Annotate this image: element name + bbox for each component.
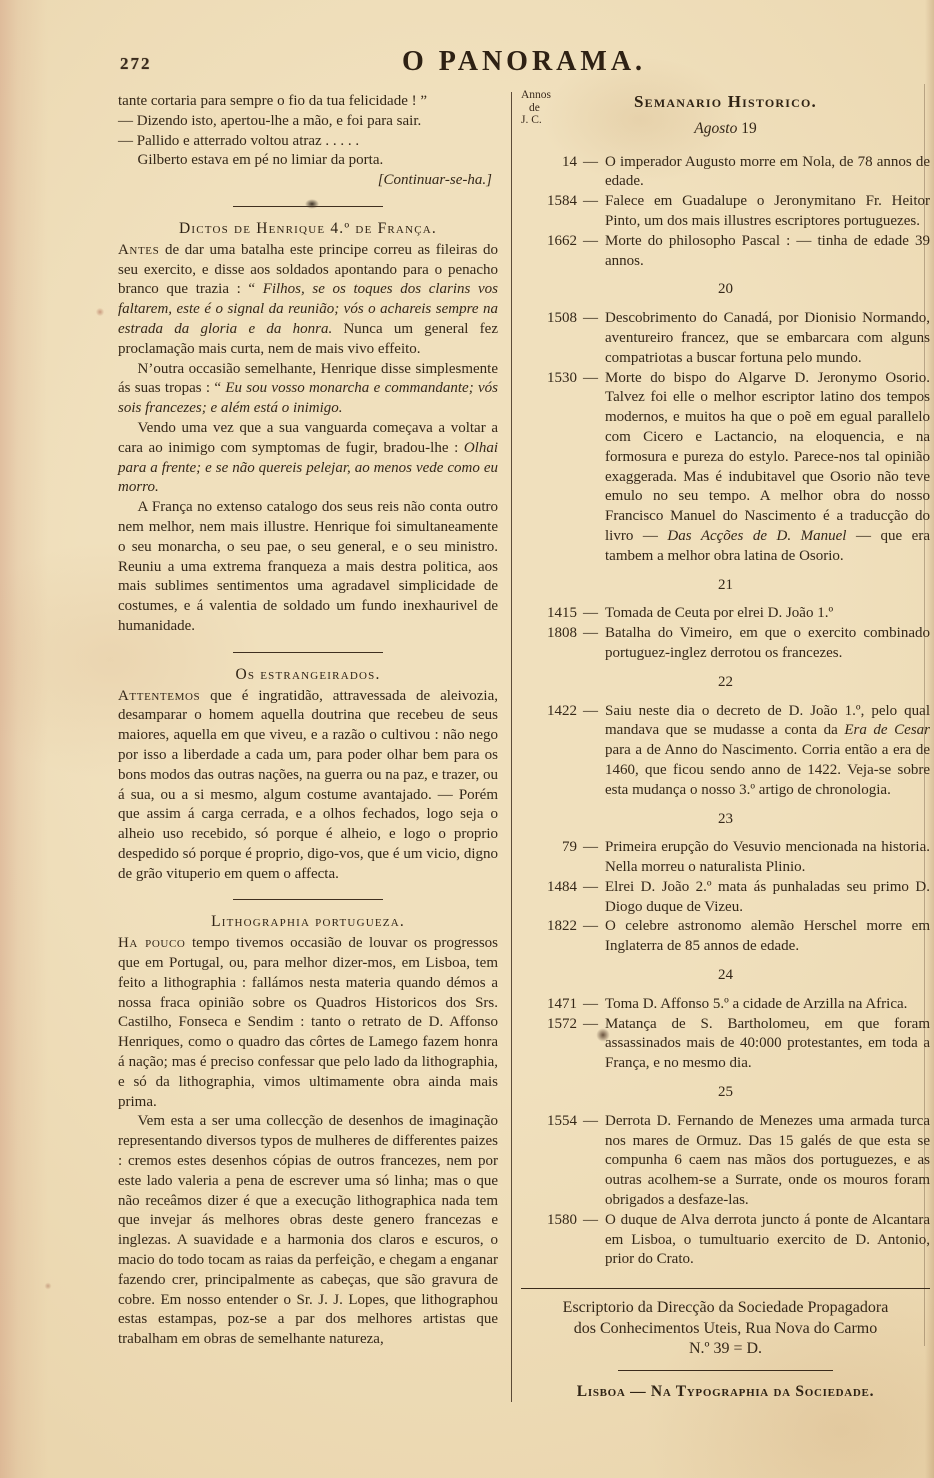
text-line: tante cortaria para sempre o fio da tua … bbox=[118, 92, 498, 112]
entry-text: Morte do philosopho Pascal : — tinha de … bbox=[605, 232, 930, 272]
text-run: para a de Anno do Nascimento. Corria ent… bbox=[605, 742, 930, 798]
semanario-title: Semanario Historico. bbox=[521, 92, 930, 112]
entry-year: 1554 bbox=[521, 1112, 577, 1211]
text-line: Gilberto estava em pé no limiar da porta… bbox=[118, 151, 498, 171]
dash: — bbox=[583, 917, 598, 957]
day-heading: 20 bbox=[521, 280, 930, 300]
section-heading: Lithographia portugueza. bbox=[118, 912, 498, 932]
entry-year: 1662 bbox=[521, 232, 577, 272]
left-column: tante cortaria para sempre o fio da tua … bbox=[118, 92, 511, 1402]
entry-text: O celebre astronomo alemão Herschel morr… bbox=[605, 917, 930, 957]
text-run: Vem esta a ser uma collecção de desenhos… bbox=[118, 1113, 498, 1347]
entry-year: 1422 bbox=[521, 702, 577, 801]
entry-year: 1572 bbox=[521, 1015, 577, 1074]
paragraph: Attentemos que é ingratidão, attravessad… bbox=[118, 687, 498, 885]
paragraph: Vem esta a ser uma collecção de desenhos… bbox=[118, 1112, 498, 1350]
entry-year: 1508 bbox=[521, 309, 577, 368]
smallcaps-run: Attentemos bbox=[118, 688, 200, 704]
text-run: A França no extenso catalogo dos seus re… bbox=[118, 499, 498, 634]
day-heading: 25 bbox=[521, 1083, 930, 1103]
dash: — bbox=[583, 995, 598, 1015]
dash: — bbox=[583, 838, 598, 878]
dash: — bbox=[583, 192, 598, 232]
dash: — bbox=[583, 232, 598, 272]
entry-year: 1584 bbox=[521, 192, 577, 232]
gutter-line: de bbox=[529, 102, 551, 115]
section-heading: Dictos de Henrique 4.º de França. bbox=[118, 219, 498, 239]
entry-year: 1580 bbox=[521, 1211, 577, 1270]
dash: — bbox=[583, 1211, 598, 1270]
day-heading: 23 bbox=[521, 810, 930, 830]
day-heading: 22 bbox=[521, 673, 930, 693]
entry-text: Tomada de Ceuta por elrei D. João 1.º bbox=[605, 604, 930, 624]
chronology-entry: 1572—Matança de S. Bartholomeu, em que f… bbox=[521, 1015, 930, 1074]
gutter-line: J. C. bbox=[521, 114, 551, 127]
entry-text: Descobrimento do Canadá, por Dionisio No… bbox=[605, 309, 930, 368]
paragraph: Antes de dar uma batalha este principe c… bbox=[118, 241, 498, 360]
chronology-entry: 79—Primeira erupção do Vesuvio mencionad… bbox=[521, 838, 930, 878]
chronology-entry: 1508—Descobrimento do Canadá, por Dionis… bbox=[521, 309, 930, 368]
chronology-entry: 1484—Elrei D. João 2.º mata ás punhalada… bbox=[521, 878, 930, 918]
entry-year: 1822 bbox=[521, 917, 577, 957]
chronology-entry: 14—O imperador Augusto morre em Nola, de… bbox=[521, 153, 930, 193]
text-run: Morte do bispo do Algarve D. Jeronymo Os… bbox=[605, 370, 930, 544]
entry-text: Morte do bispo do Algarve D. Jeronymo Os… bbox=[605, 369, 930, 567]
entry-text: O imperador Augusto morre em Nola, de 78… bbox=[605, 153, 930, 193]
separator-rule bbox=[233, 206, 383, 207]
imprint: Lisboa — Na Typographia da Sociedade. bbox=[521, 1382, 930, 1402]
day-heading: 21 bbox=[521, 576, 930, 596]
chronology-entry: 1471—Toma D. Affonso 5.º a cidade de Arz… bbox=[521, 995, 930, 1015]
smallcaps-run: Antes bbox=[118, 242, 159, 258]
annos-gutter-label: Annos de J. C. bbox=[521, 89, 551, 127]
chronology-entry: 1415—Tomada de Ceuta por elrei D. João 1… bbox=[521, 604, 930, 624]
page-header: 272 O PANORAMA. bbox=[118, 46, 930, 92]
office-line: dos Conhecimentos Uteis, Rua Nova do Car… bbox=[521, 1319, 930, 1340]
paragraph: A França no extenso catalogo dos seus re… bbox=[118, 498, 498, 637]
date-heading: Agosto 19 bbox=[521, 119, 930, 139]
entry-text: Saiu neste dia o decreto de D. João 1.º,… bbox=[605, 702, 930, 801]
page-content: 272 O PANORAMA. tante cortaria para semp… bbox=[118, 46, 930, 1402]
entry-year: 1415 bbox=[521, 604, 577, 624]
paragraph: Vendo uma vez que a sua vanguarda começa… bbox=[118, 419, 498, 498]
chronology-entry: 1530—Morte do bispo do Algarve D. Jerony… bbox=[521, 369, 930, 567]
entry-text: Primeira erupção do Vesuvio mencionada n… bbox=[605, 838, 930, 878]
text-run: que é ingratidão, attravessada de aleivo… bbox=[118, 688, 498, 882]
chronology-entry: 1822—O celebre astronomo alemão Herschel… bbox=[521, 917, 930, 957]
dash: — bbox=[583, 1015, 598, 1074]
entry-year: 79 bbox=[521, 838, 577, 878]
gutter-line: Annos bbox=[521, 89, 551, 102]
chronology-entry: 1554—Derrota D. Fernando de Menezes uma … bbox=[521, 1112, 930, 1211]
entry-text: Derrota D. Fernando de Menezes uma armad… bbox=[605, 1112, 930, 1211]
separator-rule bbox=[233, 899, 383, 900]
chronology-list: 14—O imperador Augusto morre em Nola, de… bbox=[521, 153, 930, 1271]
imprint-separator bbox=[618, 1370, 833, 1371]
entry-text: O duque de Alva derrota juncto á ponte d… bbox=[605, 1211, 930, 1270]
text-run: Vendo uma vez que a sua vanguarda começa… bbox=[118, 420, 498, 456]
chronology-entry: 1580—O duque de Alva derrota juncto á po… bbox=[521, 1211, 930, 1270]
paragraph: Ha pouco tempo tivemos occasião de louva… bbox=[118, 934, 498, 1112]
right-column-header: Annos de J. C. Semanario Historico. Agos… bbox=[521, 92, 930, 139]
entry-text: Toma D. Affonso 5.º a cidade de Arzilla … bbox=[605, 995, 930, 1015]
continuation-note: [Continuar-se-ha.] bbox=[118, 171, 498, 191]
paragraph: N’outra occasião semelhante, Henrique di… bbox=[118, 360, 498, 419]
entry-text: Batalha do Vimeiro, em que o exercito co… bbox=[605, 624, 930, 664]
section-heading: Os estrangeirados. bbox=[118, 665, 498, 685]
dash: — bbox=[583, 878, 598, 918]
date-day: 19 bbox=[741, 120, 757, 137]
entry-year: 1808 bbox=[521, 624, 577, 664]
right-column: Annos de J. C. Semanario Historico. Agos… bbox=[511, 92, 930, 1402]
dash: — bbox=[583, 702, 598, 801]
dash: — bbox=[583, 604, 598, 624]
chronology-entry: 1808—Batalha do Vimeiro, em que o exerci… bbox=[521, 624, 930, 664]
page: 272 O PANORAMA. tante cortaria para semp… bbox=[0, 0, 934, 1478]
dash: — bbox=[583, 1112, 598, 1211]
dash: — bbox=[583, 309, 598, 368]
entry-text: Elrei D. João 2.º mata ás punhaladas seu… bbox=[605, 878, 930, 918]
chronology-entry: 1584—Falece em Guadalupe o Jeronymitano … bbox=[521, 192, 930, 232]
masthead-title: O PANORAMA. bbox=[118, 46, 930, 78]
entry-year: 1530 bbox=[521, 369, 577, 567]
office-line: Escriptorio da Direcção da Sociedade Pro… bbox=[521, 1298, 930, 1319]
smallcaps-run: Ha pouco bbox=[118, 935, 185, 951]
page-number: 272 bbox=[120, 54, 152, 74]
office-line: N.º 39 = D. bbox=[521, 1339, 930, 1360]
italic-run: Era de Cesar bbox=[844, 722, 930, 738]
office-address: Escriptorio da Direcção da Sociedade Pro… bbox=[521, 1298, 930, 1360]
right-column-footer: Escriptorio da Direcção da Sociedade Pro… bbox=[521, 1288, 930, 1401]
text-line: — Dizendo isto, apertou-lhe a mão, e foi… bbox=[118, 112, 498, 132]
dash: — bbox=[583, 369, 598, 567]
dash: — bbox=[583, 153, 598, 193]
date-month: Agosto bbox=[694, 120, 737, 137]
text-run: tempo tivemos occasião de louvar os prog… bbox=[118, 935, 498, 1109]
entry-year: 1484 bbox=[521, 878, 577, 918]
separator-rule bbox=[233, 652, 383, 653]
entry-year: 14 bbox=[521, 153, 577, 193]
entry-text: Matança de S. Bartholomeu, em que foram … bbox=[605, 1015, 930, 1074]
day-heading: 24 bbox=[521, 966, 930, 986]
chronology-entry: 1662—Morte do philosopho Pascal : — tinh… bbox=[521, 232, 930, 272]
columns: tante cortaria para sempre o fio da tua … bbox=[118, 92, 930, 1402]
text-line: — Pallido e atterrado voltou atraz . . .… bbox=[118, 132, 498, 152]
dash: — bbox=[583, 624, 598, 664]
chronology-entry: 1422—Saiu neste dia o decreto de D. João… bbox=[521, 702, 930, 801]
entry-year: 1471 bbox=[521, 995, 577, 1015]
page-edge-line bbox=[924, 84, 925, 1346]
italic-run: Das Acções de D. Manuel bbox=[667, 528, 846, 544]
entry-text: Falece em Guadalupe o Jeronymitano Fr. H… bbox=[605, 192, 930, 232]
